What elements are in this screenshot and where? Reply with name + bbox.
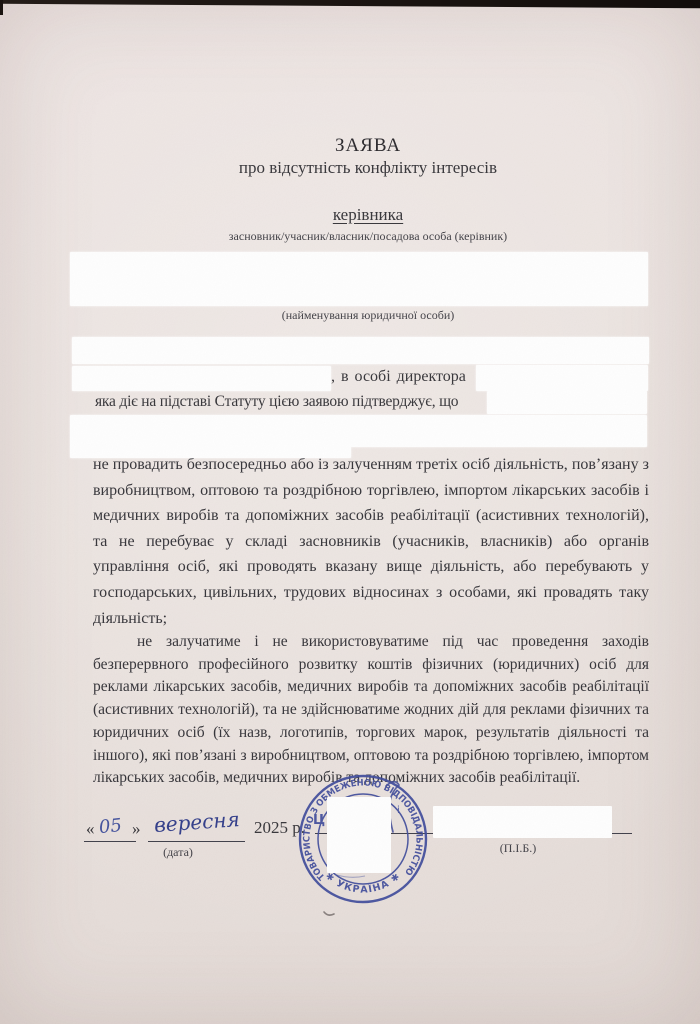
- statute-line: яка діє на підставі Статуту цією заявою …: [95, 393, 458, 411]
- redaction-block-main: [70, 415, 647, 447]
- scan-edge-artifact-top: [0, 0, 700, 9]
- stamp-inner-letter-right: і: [397, 804, 400, 816]
- redaction-in-person-left: [72, 366, 331, 391]
- paragraph-2: не залучатиме і не використовуватиме під…: [93, 631, 649, 790]
- role-caption: засновник/учасник/власник/посадова особа…: [36, 229, 700, 244]
- paragraph-1: не провадить безпосередньо або із залуче…: [93, 452, 649, 631]
- role-heading: керівника: [36, 205, 700, 225]
- scan-edge-artifact-left: [0, 0, 3, 15]
- redaction-line-1: [72, 337, 649, 364]
- stamp-inner-letter-left: Ц: [313, 813, 325, 828]
- redaction-entity-name: [70, 252, 648, 306]
- redaction-block-main-step: [70, 446, 351, 458]
- entity-name-caption: (найменування юридичної особи): [36, 308, 700, 323]
- in-person-line: , в особі директора: [331, 368, 466, 386]
- redaction-statute-right: [487, 391, 647, 414]
- date-month-underline: [148, 841, 245, 842]
- ink-speck: [322, 909, 336, 919]
- page-subtitle: про відсутність конфлікту інтересів: [36, 158, 700, 178]
- redaction-signatory-name: [433, 806, 612, 838]
- redaction-stamp-center: [327, 797, 391, 873]
- page-title: ЗАЯВА: [36, 135, 700, 157]
- date-month-handwritten: вересня: [153, 807, 240, 837]
- stamp-faint-text-fragment: [337, 875, 365, 877]
- date-day-underline: [84, 841, 136, 842]
- date-close-quote: »: [132, 819, 141, 839]
- document-page: ЗАЯВА про відсутність конфлікту інтересі…: [0, 0, 700, 1024]
- date-day-handwritten: 05: [98, 815, 123, 838]
- redaction-in-person-right: [476, 365, 648, 391]
- date-caption: (дата): [138, 845, 218, 860]
- date-open-quote: «: [86, 819, 95, 839]
- signatory-name-caption: (П.І.Б.): [470, 841, 566, 856]
